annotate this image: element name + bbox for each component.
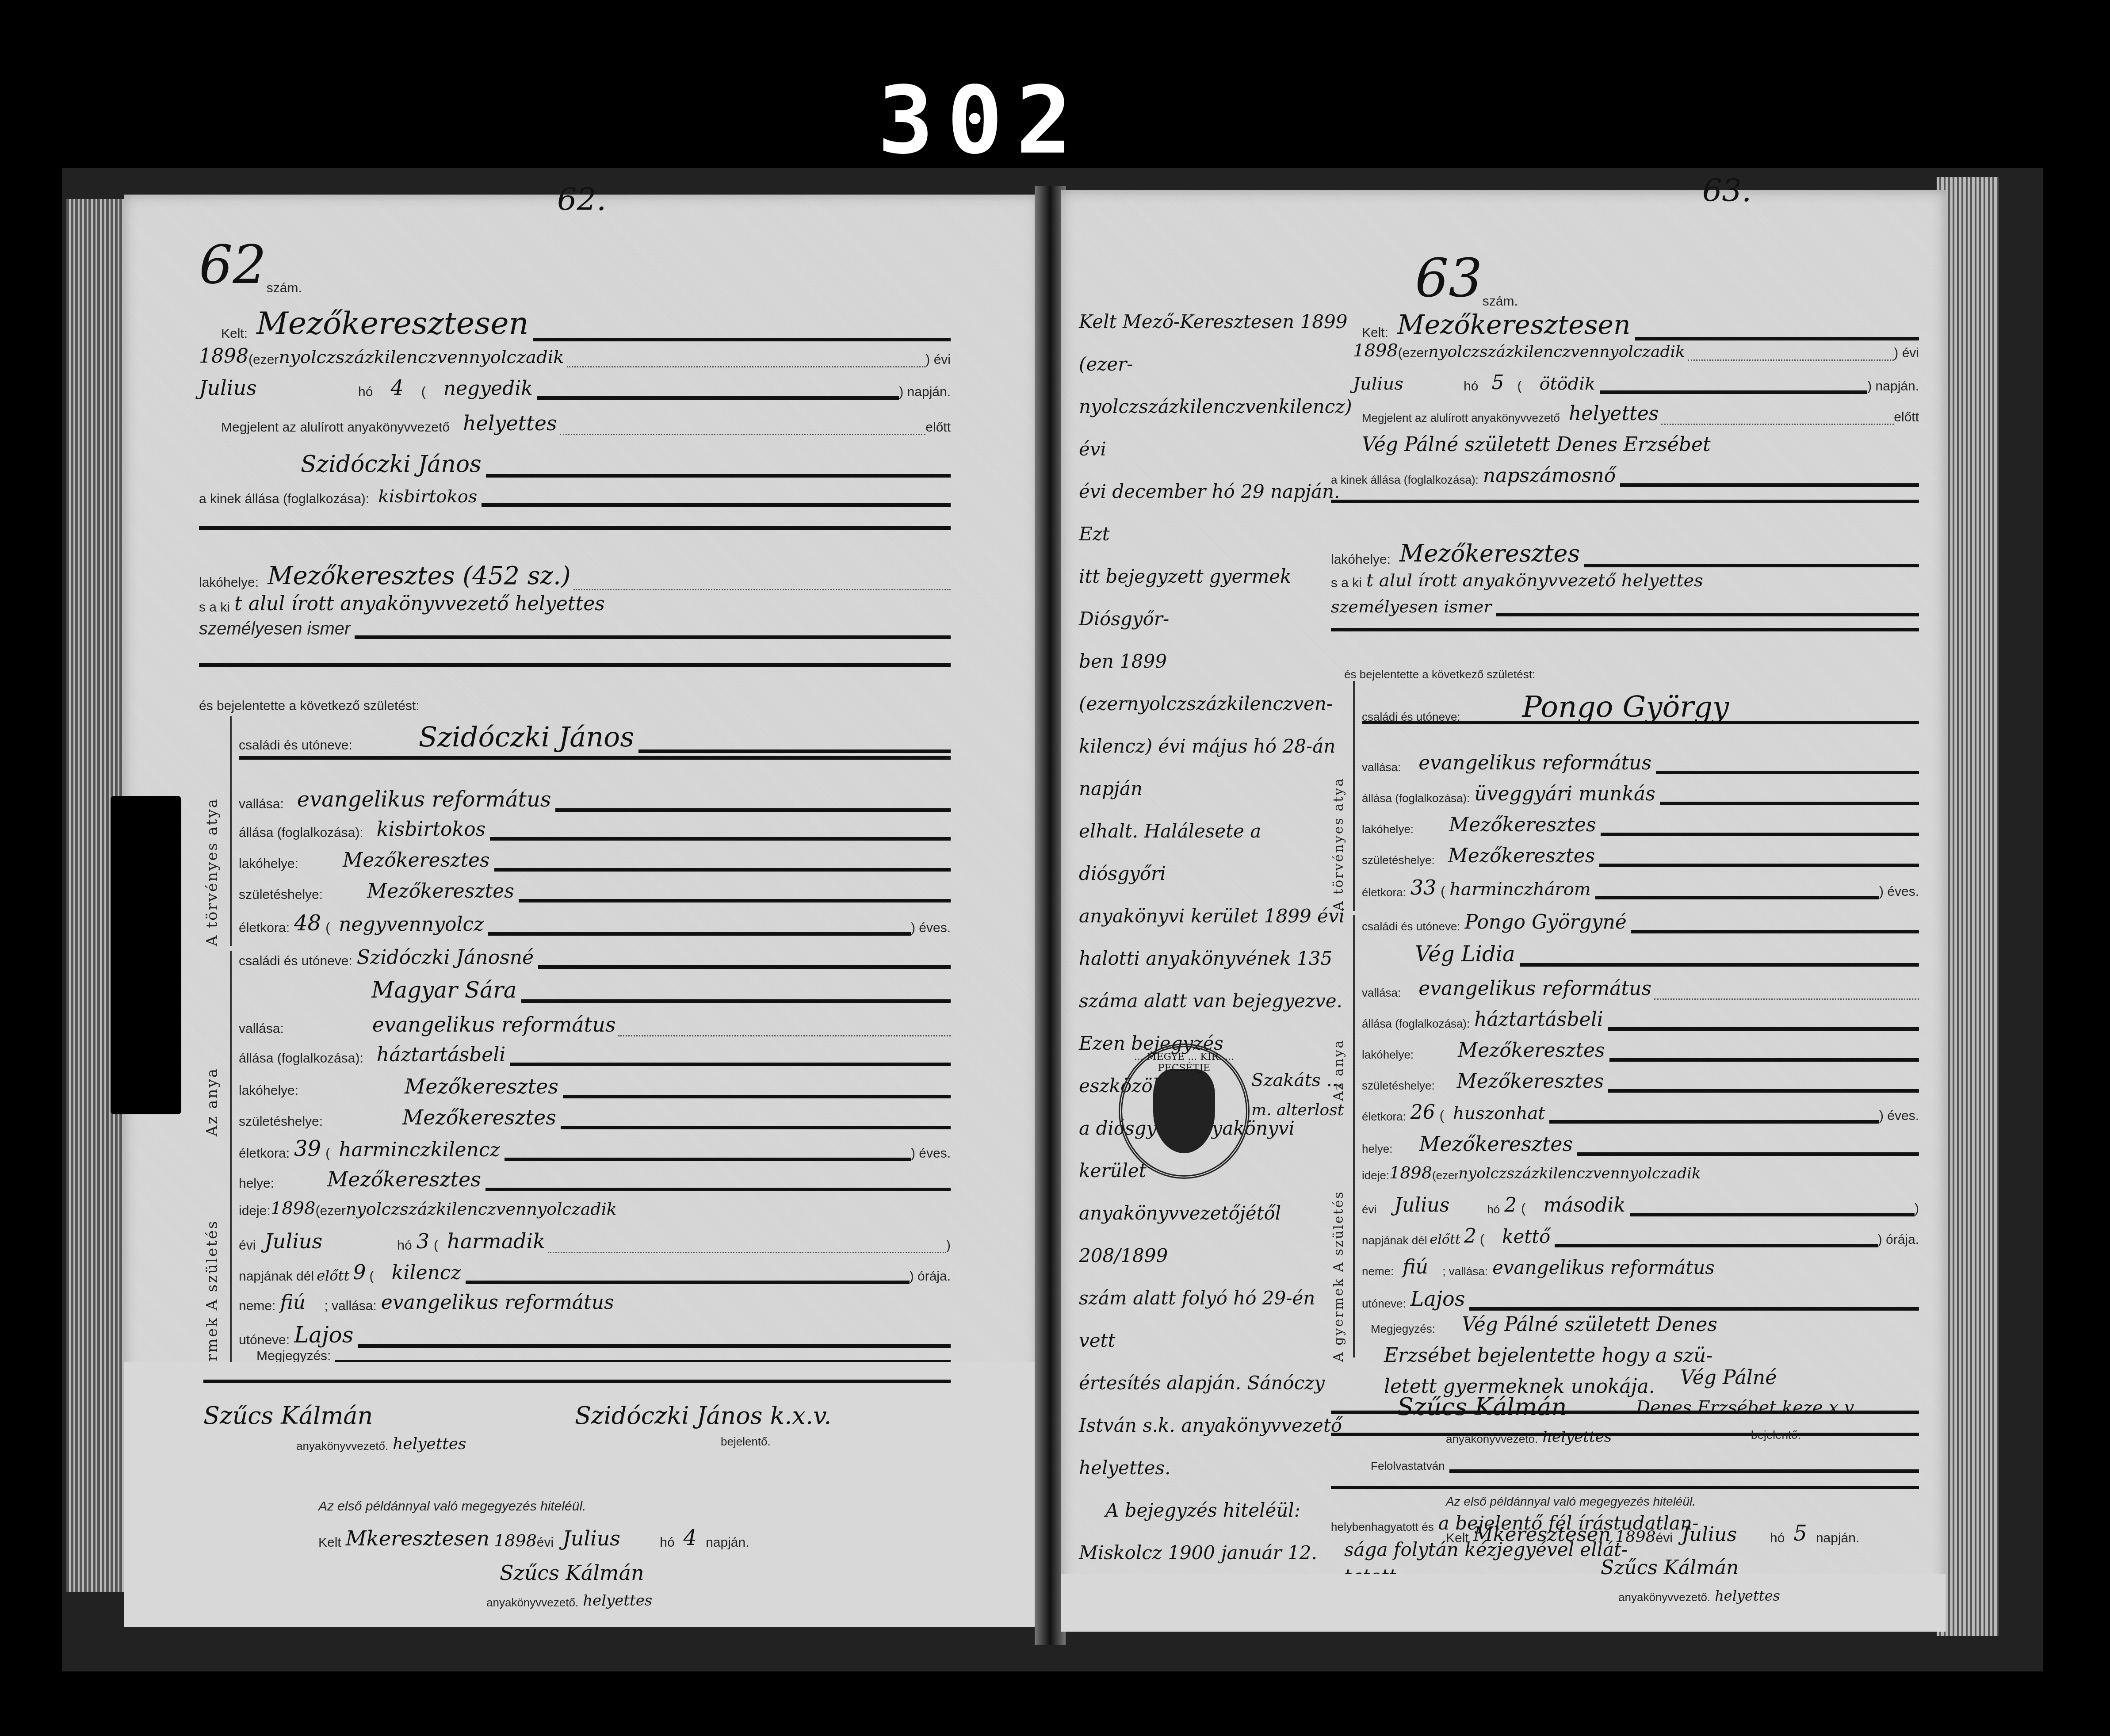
father-birthplace-label: születéshelye:	[1362, 853, 1435, 867]
child-day-words: harmadik	[447, 1229, 545, 1253]
seal-emblem-icon	[1153, 1069, 1215, 1153]
margin-note-line: itt bejegyzett gyermek Diósgyőr-	[1079, 555, 1353, 640]
child-ezer-label: (ezer	[316, 1204, 346, 1219]
informant-residence: Mezőkeresztes (452 sz.)	[268, 562, 571, 590]
margin-note-line: száma alatt van bejegyezve.	[1079, 980, 1353, 1022]
margin-note-line: Kelt Mező-Keresztesen 1899 (ezer-	[1079, 301, 1353, 386]
registrar-caption-role: helyettes	[393, 1435, 466, 1453]
margin-note-line: szám alatt folyó hó 29-én vett	[1079, 1277, 1353, 1362]
child-year-number: 1898	[1389, 1163, 1432, 1182]
child-oraja-label: ) órája.	[910, 1269, 951, 1284]
child-religion: evangelikus református	[381, 1291, 614, 1314]
child-place-label: helye:	[239, 1176, 274, 1191]
father-age-words: harminczhárom	[1449, 879, 1590, 899]
day-number: 4	[390, 376, 403, 400]
film-frame-number: 302	[878, 66, 1085, 175]
margin-cert-signature: Szakáts ...	[1251, 1070, 1343, 1090]
cert-month: Julius	[1682, 1523, 1770, 1546]
mother-eves-label: ) éves.	[911, 1146, 951, 1161]
father-age-label: életkora:	[239, 921, 290, 936]
mother-age-label: életkora:	[239, 1146, 290, 1161]
child-time-prefix: előtt	[317, 1267, 349, 1284]
elott-label: előtt	[925, 420, 951, 435]
year-words: nyolczszázkilenczvennyolczadik	[1428, 343, 1685, 361]
bejelentette-label: és bejelentette a következő születést:	[1344, 668, 1535, 681]
cert-month: Julius	[562, 1526, 660, 1550]
child-sex-label: neme:	[239, 1299, 275, 1314]
mother-residence: Mezőkeresztes	[1458, 1039, 1605, 1062]
informant-signature-line1: Vég Pálné	[1680, 1366, 1777, 1389]
cert-signature: Szűcs Kálmán	[500, 1561, 644, 1585]
margin-note-line: elhalt. Halálesete a diósgyőri	[1079, 810, 1353, 895]
father-religion-label: vallása:	[1362, 761, 1401, 774]
margin-note-line: kilencz) évi május hó 28-án napján	[1079, 725, 1353, 810]
cert-day: 4	[684, 1526, 697, 1550]
child-ho-label: hó	[1487, 1203, 1500, 1216]
cert-year: 1898	[494, 1531, 537, 1550]
remarks-label: Megjegyzés:	[1371, 1322, 1435, 1336]
father-age-words: negyvennyolcz	[339, 913, 484, 936]
child-place: Mezőkeresztes	[327, 1167, 481, 1191]
evi-label: ) évi	[1894, 346, 1919, 361]
cert-evi-label: évi	[537, 1535, 554, 1550]
margin-cert-place-date: Miskolcz 1900 január 12.	[1079, 1532, 1353, 1574]
page-tab-marker	[111, 796, 181, 1114]
remarks-label: Megjegyzés:	[256, 1349, 331, 1364]
informant-signature: Szidóczki János k.x.v.	[575, 1402, 831, 1430]
cert-evi-label: évi	[1656, 1531, 1673, 1546]
child-year-words: nyolczszázkilenczvennyolczadik	[346, 1199, 617, 1219]
identification: t alul írott anyakönyvvezető helyettes	[234, 593, 605, 615]
margin-note: Kelt Mező-Keresztesen 1899 (ezer- nyolcz…	[1079, 301, 1353, 1574]
mother-birthplace: Mezőkeresztes	[1457, 1070, 1604, 1093]
page-number: 63.	[1702, 172, 1751, 209]
informant-name: Szidóczki János	[301, 451, 482, 478]
cert-year: 1898	[1615, 1528, 1656, 1546]
father-name-label: családi és utóneve:	[239, 738, 352, 753]
mother-residence-label: lakóhelye:	[239, 1083, 298, 1098]
month: Julius	[1353, 374, 1464, 394]
child-section-label: A gyermek A születés	[1331, 1190, 1346, 1362]
ho-label: hó	[1464, 379, 1478, 394]
margin-cert: A bejegyzés hiteléül:	[1079, 1489, 1353, 1532]
cert-ho-label: hó	[660, 1535, 674, 1550]
informant-caption: bejelentő.	[721, 1435, 771, 1449]
cert-kelt-label: Kelt	[1446, 1531, 1469, 1546]
child-ezer-label: (ezer	[1432, 1169, 1458, 1182]
right-page-stack	[1937, 177, 1999, 1636]
child-ho-label: hó	[397, 1238, 412, 1253]
mother-occupation: háztartásbeli	[1474, 1008, 1603, 1031]
margin-note-line: helyettes.	[1079, 1447, 1353, 1489]
mother-religion: evangelikus református	[1418, 977, 1651, 1000]
cert-place: Mkeresztesen	[346, 1526, 489, 1550]
child-sex: fiú	[280, 1291, 324, 1314]
child-hour-number: 2	[1464, 1225, 1476, 1247]
szam-label: szám.	[1483, 294, 1518, 309]
child-place-label: helye:	[1362, 1142, 1392, 1156]
lakohelye-label: lakóhelye:	[1331, 552, 1391, 567]
megjelent-label: Megjelent az alulírott anyakönyvvezető	[221, 420, 450, 435]
father-religion: evangelikus református	[1418, 752, 1651, 774]
informant-occupation: kisbirtokos	[378, 486, 477, 507]
mother-birthplace-label: születéshelye:	[239, 1114, 323, 1129]
child-religion-label: ; vallása:	[324, 1299, 376, 1314]
year-number: 1898	[1353, 340, 1398, 361]
father-section-label: A törvényes atya	[203, 798, 221, 946]
child-date-label: ideje:	[1362, 1169, 1389, 1182]
registrar-role: helyettes	[1569, 402, 1659, 425]
certification-label: Az első példánnyal való megegyezés hitel…	[1446, 1495, 1696, 1509]
official-seal: ... MEGYE ... KIR. ... PECSÉTJE	[1119, 1044, 1250, 1179]
margin-note-line: értesítés alapján. Sánóczy	[1079, 1362, 1353, 1404]
day-number: 5	[1491, 371, 1504, 394]
margin-note-line: ben 1899 (ezernyolczszázkilenczven-	[1079, 640, 1353, 725]
child-day-words: második	[1543, 1194, 1625, 1216]
margin-note-line: István s.k. anyakönyvvezető	[1079, 1404, 1353, 1447]
child-given-name-label: utóneve:	[1362, 1297, 1406, 1311]
margin-note-line: nyolczszázkilenczvenkilencz) évi	[1079, 386, 1353, 470]
child-hour-number: 9	[353, 1260, 366, 1284]
day-words: ötödik	[1539, 374, 1595, 394]
father-section-label: A törvényes atya	[1331, 777, 1346, 911]
mother-age-number: 39	[294, 1136, 321, 1161]
father-occupation-label: állása (foglalkozása):	[239, 826, 363, 841]
father-occupation-label: állása (foglalkozása):	[1362, 792, 1470, 805]
cert-caption-role: helyettes	[1715, 1587, 1780, 1604]
lakohelye-label: lakóhelye:	[199, 575, 259, 590]
mother-occupation-label: állása (foglalkozása):	[1362, 1017, 1470, 1031]
child-hour-words: kilencz	[392, 1262, 461, 1284]
child-month: Julius	[1394, 1194, 1487, 1216]
child-day-number: 3	[417, 1229, 429, 1253]
allasa-label: a kinek állása (foglalkozása):	[1331, 473, 1479, 487]
szemely-label: személyesen ismer	[199, 619, 350, 639]
father-religion-label: vallása:	[239, 797, 284, 812]
child-hour-words: kettő	[1502, 1226, 1550, 1247]
mother-residence-label: lakóhelye:	[1362, 1048, 1414, 1062]
cert-kelt-label: Kelt	[318, 1535, 341, 1550]
mother-section-label: Az anya	[203, 1067, 221, 1136]
cert-signature: Szűcs Kálmán	[1601, 1556, 1739, 1579]
sakit-label: s a ki	[1331, 576, 1362, 591]
identification: t alul írott anyakönyvvezető helyettes	[1366, 570, 1703, 591]
mother-name-label: családi és utóneve:	[239, 954, 352, 969]
child-month: Julius	[264, 1229, 397, 1253]
bejelentette-label: és bejelentette a következő születést:	[199, 699, 420, 714]
mother-occupation-label: állása (foglalkozása):	[239, 1051, 363, 1066]
father-name: Pongo György	[1522, 690, 1729, 724]
entry-number: 62	[199, 234, 267, 296]
mother-name-line2: Vég Lidia	[1415, 942, 1515, 967]
father-age-number: 48	[294, 911, 321, 936]
day-words: negyedik	[443, 377, 533, 400]
kelt-label: Kelt:	[1362, 325, 1388, 340]
elott-label: előtt	[1894, 410, 1919, 425]
remarks-line2: Erzsébet bejelentette hogy a szü-	[1384, 1344, 1712, 1367]
child-napjanak-label: napjának dél	[1362, 1234, 1427, 1247]
margin-cert-role: m. alterlost	[1251, 1101, 1344, 1119]
cert-caption-role: helyettes	[583, 1592, 652, 1610]
mother-name-label: családi és utóneve:	[1362, 920, 1460, 933]
szemely-label: személyesen ismer	[1331, 597, 1492, 616]
father-birthplace-label: születéshelye:	[239, 887, 323, 902]
informant-name: Vég Pálné született Denes Erzsébet	[1362, 433, 1711, 456]
kelt-label: Kelt:	[221, 326, 248, 341]
mother-age-label: életkora:	[1362, 1110, 1406, 1124]
remarks-line1: Vég Pálné született Denes	[1462, 1313, 1717, 1336]
ezer-label: (ezer	[248, 352, 279, 367]
father-birthplace: Mezőkeresztes	[367, 880, 514, 902]
registrar-role: helyettes	[463, 411, 557, 435]
child-evi-label: évi	[239, 1238, 256, 1253]
megjelent-label: Megjelent az alulírott anyakönyvvezető	[1362, 411, 1560, 425]
mother-religion: evangelikus református	[372, 1013, 616, 1036]
szam-label: szám.	[267, 281, 302, 296]
kelt-place: Mezőkeresztesen	[1397, 310, 1631, 340]
child-date-label: ideje:	[239, 1204, 271, 1219]
cert-ho-label: hó	[1770, 1531, 1785, 1546]
father-occupation: üveggyári munkás	[1474, 783, 1655, 805]
right-page-footer: Szűcs Kálmán Vég Pálné Denes Erzsébet ke…	[1371, 1393, 1946, 1640]
child-napjanak-label: napjának dél	[239, 1269, 314, 1284]
napjan-label: ) napján.	[899, 385, 951, 400]
mother-age-number: 26	[1410, 1101, 1435, 1124]
mother-name-line1: Szidóczki Jánosné	[357, 946, 534, 969]
child-year-number: 1898	[271, 1198, 316, 1219]
mother-age-words: harminczkilencz	[339, 1139, 500, 1161]
ho-label: hó	[358, 385, 373, 400]
year-words: nyolczszázkilenczvennyolczadik	[279, 347, 564, 367]
father-birthplace: Mezőkeresztes	[1448, 845, 1595, 867]
child-evi-label: évi	[1362, 1203, 1376, 1216]
mother-eves-label: ) éves.	[1879, 1109, 1919, 1124]
cert-napjan-label: napján.	[706, 1535, 749, 1550]
registrar-signature: Szűcs Kálmán	[203, 1402, 373, 1430]
year-number: 1898	[199, 345, 248, 367]
margin-note-line: évi december hó 29 napján. Ezt	[1079, 470, 1353, 555]
napjan-label: ) napján.	[1867, 379, 1919, 394]
evi-label: ) évi	[925, 352, 951, 367]
margin-note-line: halotti anyakönyvének 135	[1079, 937, 1353, 980]
child-religion-label: ; vallása:	[1442, 1265, 1488, 1278]
allasa-label: a kinek állása (foglalkozása):	[199, 492, 369, 507]
mother-name-line2: Magyar Sára	[371, 977, 517, 1003]
father-eves-label: ) éves.	[911, 921, 951, 936]
cert-day: 5	[1793, 1521, 1807, 1546]
child-oraja-label: ) órája.	[1878, 1232, 1919, 1247]
ezer-label: (ezer	[1398, 346, 1428, 361]
cert-place: Mkeresztesen	[1473, 1523, 1611, 1546]
margin-note-line: anyakönyvvezetőjétől 208/1899	[1079, 1192, 1353, 1277]
child-religion: evangelikus református	[1492, 1257, 1715, 1278]
child-given-name-label: utóneve:	[239, 1333, 290, 1348]
month: Julius	[199, 376, 358, 400]
father-age-number: 33	[1410, 876, 1437, 899]
mother-age-words: huszonhat	[1453, 1103, 1545, 1124]
father-eves-label: ) éves.	[1879, 884, 1919, 899]
father-occupation: kisbirtokos	[377, 818, 486, 841]
child-sex: fiú	[1403, 1256, 1442, 1278]
cert-napjan-label: napján.	[1816, 1531, 1859, 1546]
child-year-words: nyolczszázkilenczvennyolczadik	[1458, 1165, 1701, 1182]
father-residence: Mezőkeresztes	[1449, 814, 1596, 836]
registrar-caption-role: helyettes	[1542, 1428, 1612, 1446]
mother-name-line1: Pongo Györgyné	[1465, 911, 1627, 933]
certification-label: Az első példánnyal való megegyezés hitel…	[318, 1499, 586, 1514]
registrar-signature: Szűcs Kálmán	[1397, 1393, 1567, 1421]
sakit-label: s a ki	[199, 600, 230, 615]
child-sex-label: neme:	[1362, 1265, 1394, 1278]
kelt-place: Mezőkeresztesen	[256, 305, 529, 341]
mother-birthplace-label: születéshelye:	[1362, 1079, 1435, 1093]
father-age-label: életkora:	[1362, 886, 1406, 899]
seal-text: ... MEGYE ... KIR. ... PECSÉTJE	[1122, 1052, 1246, 1074]
mother-section-label: Az anya	[1331, 1039, 1346, 1101]
father-name: Szidóczki János	[419, 721, 634, 753]
child-given-name: Lajos	[294, 1322, 353, 1348]
mother-religion-label: vallása:	[239, 1021, 284, 1036]
child-given-name: Lajos	[1410, 1287, 1465, 1311]
father-residence: Mezőkeresztes	[343, 849, 490, 872]
registrar-caption: anyakönyvvezető.	[296, 1439, 388, 1453]
mother-residence: Mezőkeresztes	[405, 1074, 558, 1098]
cert-caption: anyakönyvvezető.	[1618, 1591, 1710, 1604]
page-number: 62.	[557, 181, 606, 218]
informant-occupation: napszámosnő	[1483, 464, 1616, 487]
father-religion: evangelikus református	[297, 787, 551, 812]
informant-caption: bejelentő.	[1751, 1428, 1801, 1442]
child-time-prefix: előtt	[1430, 1232, 1460, 1247]
informant-residence: Mezőkeresztes	[1399, 539, 1580, 567]
registrar-caption: anyakönyvvezető.	[1446, 1432, 1538, 1446]
child-day-number: 2	[1504, 1194, 1517, 1216]
informant-signature-line2: Denes Erzsébet keze x v.	[1636, 1397, 1858, 1418]
father-residence-label: lakóhelye:	[239, 857, 298, 872]
left-page-footer: Szűcs Kálmán Szidóczki János k.x.v. anya…	[124, 1362, 1039, 1627]
mother-occupation: háztartásbeli	[377, 1044, 506, 1066]
mother-religion-label: vallása:	[1362, 986, 1401, 1000]
margin-note-line: anyakönyvi kerület 1899 évi	[1079, 895, 1353, 937]
entry-number: 63	[1415, 248, 1483, 309]
cert-caption: anyakönyvvezető.	[486, 1596, 578, 1610]
mother-birthplace: Mezőkeresztes	[402, 1105, 556, 1129]
father-residence-label: lakóhelye:	[1362, 822, 1414, 836]
child-place: Mezőkeresztes	[1419, 1132, 1573, 1156]
